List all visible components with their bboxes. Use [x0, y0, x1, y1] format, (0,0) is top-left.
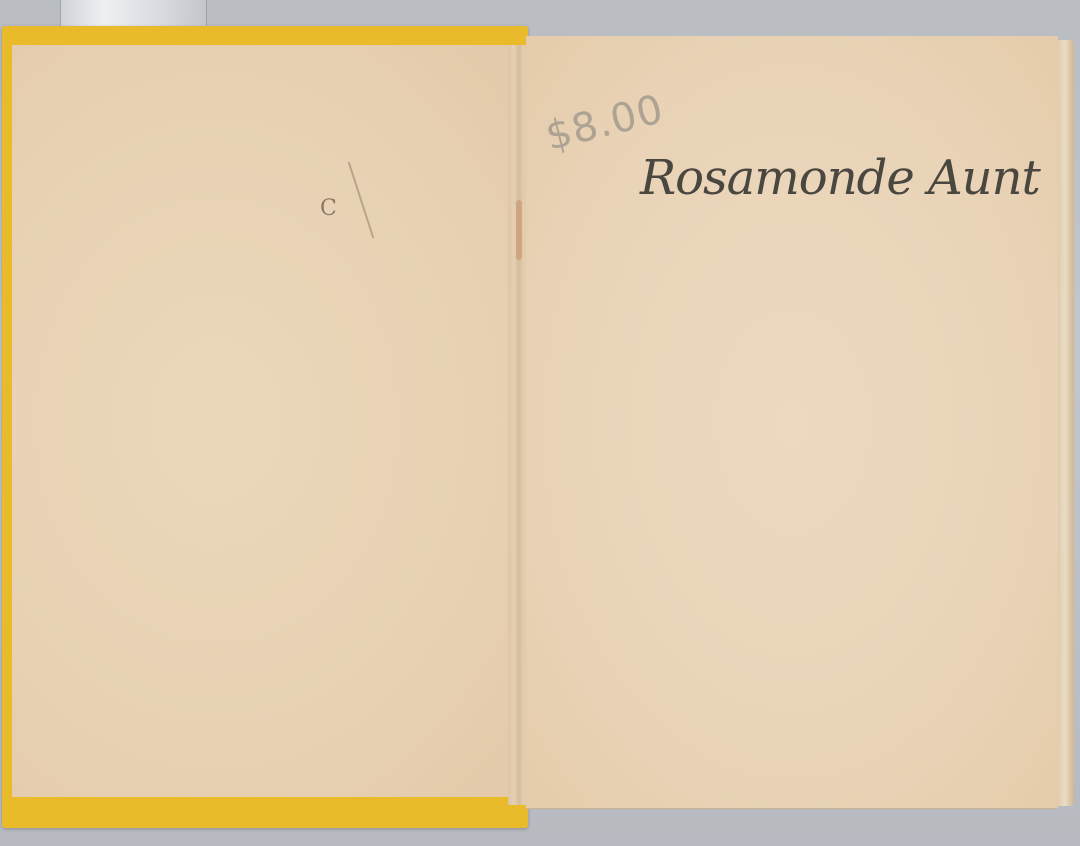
page-block-edge: [1056, 40, 1074, 806]
left-endpaper: [12, 45, 522, 797]
gutter-stain: [516, 200, 522, 260]
handwritten-signature: Rosamonde Aunt: [640, 150, 1040, 206]
book-gutter: [508, 45, 528, 805]
left-page-mark: C: [320, 196, 337, 221]
